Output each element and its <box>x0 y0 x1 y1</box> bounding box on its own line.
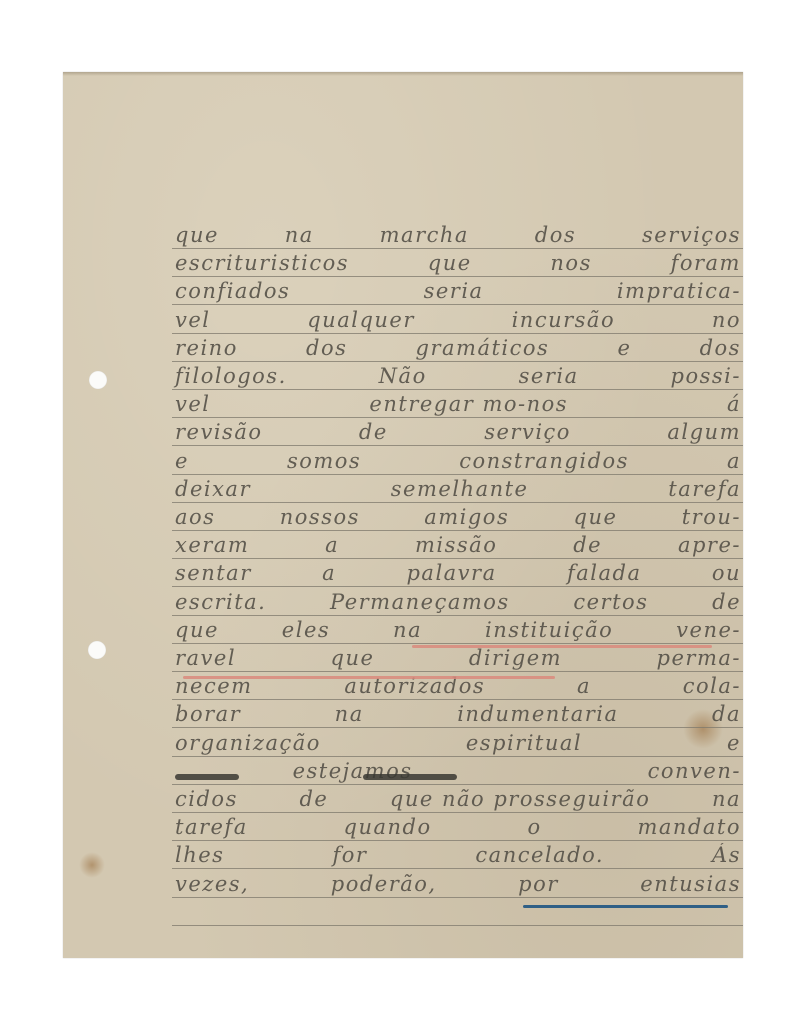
manuscript-word: eles <box>282 620 330 644</box>
manuscript-word: autorizados <box>344 676 485 700</box>
manuscript-word: de <box>712 592 741 616</box>
manuscript-word: que <box>175 620 219 644</box>
manuscript-word: ravel <box>175 648 236 672</box>
manuscript-line: vezes,poderão,porentusias <box>175 870 741 898</box>
manuscript-word: semelhante <box>391 479 529 503</box>
manuscript-line: velentregar mo-nosá <box>175 390 741 418</box>
manuscript-word: filologos. <box>175 366 287 390</box>
manuscript-word: Ás <box>712 845 741 869</box>
manuscript-word: somos <box>287 451 361 475</box>
manuscript-word: aos <box>175 507 215 531</box>
manuscript-word: ou <box>712 563 741 587</box>
manuscript-word: poderão, <box>331 874 437 898</box>
manuscript-line: deixarsemelhantetarefa <box>175 475 741 503</box>
manuscript-word: foram <box>671 253 741 277</box>
manuscript-word: seria <box>519 366 579 390</box>
manuscript-line: cidosdeque não prosseguirãona <box>175 785 741 813</box>
manuscript-word: tarefa <box>175 817 248 841</box>
manuscript-line: escrita.Permaneçamoscertosde <box>175 588 741 616</box>
manuscript-word: escrituristicos <box>175 253 349 277</box>
manuscript-line: borarnaindumentariada <box>175 700 741 728</box>
manuscript-word: que <box>331 648 375 672</box>
manuscript-line: xeramamissãodeapre- <box>175 531 741 559</box>
manuscript-word: vel <box>175 310 211 334</box>
manuscript-word: xeram <box>175 535 249 559</box>
manuscript-word: de <box>299 789 328 813</box>
manuscript-line: organizaçãoespirituale <box>175 729 741 757</box>
manuscript-line: aosnossosamigosquetrou- <box>175 503 741 531</box>
manuscript-word: na <box>393 620 422 644</box>
manuscript-word: vene- <box>676 620 741 644</box>
manuscript-word: apre- <box>678 535 741 559</box>
manuscript-word: nos <box>550 253 591 277</box>
manuscript-word: dirigem <box>469 648 562 672</box>
manuscript-word: gramáticos <box>416 338 550 362</box>
manuscript-word: cancelado. <box>475 845 604 869</box>
manuscript-line: filologos.Nãoseriapossi- <box>175 362 741 390</box>
manuscript-line: ravelquedirigemperma- <box>175 644 741 672</box>
pink-underline-instituicao <box>412 645 712 648</box>
manuscript-word: vel <box>175 394 211 418</box>
manuscript-word: e <box>617 338 631 362</box>
manuscript-word: na <box>335 704 364 728</box>
manuscript-word: e <box>727 733 741 757</box>
manuscript-word: possi- <box>671 366 741 390</box>
manuscript-word: serviço <box>484 422 571 446</box>
manuscript-word: trou- <box>682 507 741 531</box>
manuscript-word: missão <box>415 535 497 559</box>
manuscript-word: qualquer <box>307 310 415 334</box>
manuscript-word: vezes, <box>175 874 249 898</box>
manuscript-word: na <box>285 225 314 249</box>
manuscript-line: queelesnainstituiçãovene- <box>175 616 741 644</box>
manuscript-line: quenamarchadosserviços <box>175 221 741 249</box>
manuscript-word: Permaneçamos <box>330 592 510 616</box>
manuscript-word: no <box>712 310 741 334</box>
manuscript-word: borar <box>175 704 241 728</box>
manuscript-line: confiadosseriaimpratica- <box>175 277 741 305</box>
manuscript-line: revisãodeserviçoalgum <box>175 418 741 446</box>
manuscript-word: de <box>359 422 388 446</box>
manuscript-word: falada <box>567 563 642 587</box>
manuscript-word: for <box>332 845 367 869</box>
manuscript-word: que <box>574 507 618 531</box>
manuscript-word: lhes <box>175 845 224 869</box>
manuscript-word: impratica- <box>617 281 741 305</box>
manuscript-word: na <box>712 789 741 813</box>
manuscript-word: mandato <box>637 817 741 841</box>
stain-spot-left <box>79 852 105 878</box>
manuscript-word: a <box>727 451 741 475</box>
manuscript-word: serviços <box>642 225 741 249</box>
manuscript-word: a <box>577 676 591 700</box>
manuscript-word: cola- <box>683 676 741 700</box>
manuscript-word: seria <box>424 281 484 305</box>
manuscript-word: quando <box>344 817 432 841</box>
manuscript-word: e <box>175 451 189 475</box>
manuscript-word: certos <box>573 592 648 616</box>
pink-underline-ravel-que-dirigem <box>183 676 555 679</box>
manuscript-page: quenamarchadosserviçosescrituristicosque… <box>63 72 743 958</box>
manuscript-word: dos <box>306 338 347 362</box>
manuscript-word: da <box>712 704 741 728</box>
manuscript-word: perma- <box>657 648 741 672</box>
manuscript-word: Não <box>379 366 427 390</box>
manuscript-word: entregar mo-nos <box>369 394 568 418</box>
manuscript-word: tarefa <box>668 479 741 503</box>
manuscript-word: reino <box>175 338 238 362</box>
manuscript-line: esomosconstrangidosa <box>175 447 741 475</box>
blue-underline-por-entusias <box>523 905 728 908</box>
manuscript-word: necem <box>175 676 253 700</box>
manuscript-word: dos <box>535 225 576 249</box>
ruled-line <box>172 925 743 926</box>
manuscript-word: de <box>573 535 602 559</box>
manuscript-word: confiados <box>175 281 290 305</box>
manuscript-word: sentar <box>175 563 252 587</box>
manuscript-word: deixar <box>175 479 251 503</box>
manuscript-line: velqualquerincursãono <box>175 306 741 334</box>
manuscript-word: a <box>322 563 336 587</box>
manuscript-line: lhesforcancelado.Ás <box>175 841 741 869</box>
manuscript-line: reinodosgramáticosedos <box>175 334 741 362</box>
manuscript-line: estejamosconven- <box>175 757 741 785</box>
manuscript-word: algum <box>667 422 741 446</box>
punch-hole-top <box>89 371 107 389</box>
manuscript-word: revisão <box>175 422 263 446</box>
manuscript-line: tarefaquandoomandato <box>175 813 741 841</box>
punch-hole-bottom <box>88 641 106 659</box>
manuscript-word: escrita. <box>175 592 266 616</box>
manuscript-word: a <box>325 535 339 559</box>
manuscript-word: instituição <box>485 620 613 644</box>
manuscript-word: o <box>527 817 541 841</box>
manuscript-word: que <box>428 253 472 277</box>
manuscript-word: dos <box>700 338 741 362</box>
manuscript-word: marcha <box>380 225 469 249</box>
manuscript-word: constrangidos <box>459 451 629 475</box>
manuscript-word: conven- <box>648 761 741 785</box>
manuscript-word: espiritual <box>466 733 582 757</box>
manuscript-word: incursão <box>512 310 616 334</box>
manuscript-line: escrituristicosquenosforam <box>175 249 741 277</box>
scribbled-out-word-1 <box>175 774 239 780</box>
scribbled-out-word-2 <box>363 774 457 780</box>
manuscript-word: cidos <box>175 789 238 813</box>
manuscript-word: organização <box>175 733 321 757</box>
manuscript-word: estejamos <box>293 761 413 785</box>
manuscript-word: indumentaria <box>457 704 618 728</box>
manuscript-word: nossos <box>280 507 360 531</box>
manuscript-word: amigos <box>424 507 509 531</box>
manuscript-word: que não prosseguirão <box>390 789 650 813</box>
manuscript-word: á <box>727 394 741 418</box>
manuscript-word: entusias <box>640 874 741 898</box>
manuscript-line: sentarapalavrafaladaou <box>175 559 741 587</box>
manuscript-word: palavra <box>406 563 496 587</box>
manuscript-word: que <box>175 225 219 249</box>
manuscript-word: por <box>518 874 559 898</box>
